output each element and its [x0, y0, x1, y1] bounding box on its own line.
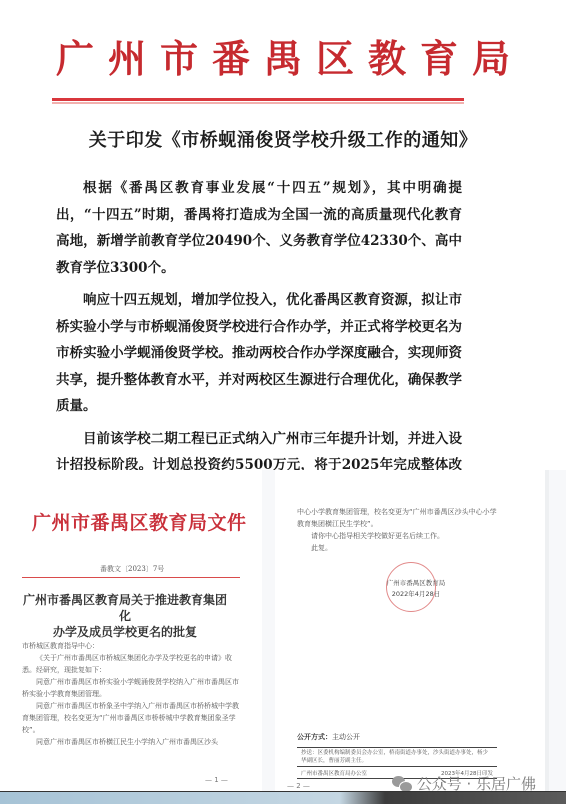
masthead-title: 广州市番禺区教育局 — [0, 28, 566, 83]
approval-title-line-1: 广州市番禺区教育局关于推进教育集团化 — [20, 592, 230, 624]
photo-bottom-edge — [0, 791, 566, 804]
page-number: — 1 — — [205, 776, 228, 784]
scanned-doc-page-2: 中心小学教育集团管理，校名变更为“广州市番禺区沙头中心小学教育集团横江民生学校”… — [275, 470, 549, 792]
approval-paragraph: 同意广州市番禺区市桥横江民生小学纳入广州市番禺区沙头 — [22, 736, 244, 748]
signing-date: 2022年4月28日 — [371, 589, 461, 600]
disclosure-label: 公开方式： — [297, 733, 332, 741]
issuer: 广州市番禺区教育局办公室 — [301, 769, 367, 777]
masthead-divider — [52, 98, 464, 101]
approval-body: 市桥城区教育指导中心： 《关于广州市番禺区市桥城区集团化办学及学校更名的申请》收… — [22, 640, 244, 748]
disclosure-method: 公开方式：主动公开 — [297, 732, 360, 742]
masthead-divider-secondary — [52, 102, 464, 104]
approval-title: 广州市番禺区教育局关于推进教育集团化 办学及成员学校更名的批复 — [20, 592, 230, 640]
approval-paragraph: 请你中心指导相关学校做好更名后续工作。 — [297, 530, 497, 542]
approval-paragraph: 同意广州市番禺区市桥实验小学蚬涌俊贤学校纳入广州市番禺区市桥实验小学教育集团管理… — [22, 676, 244, 700]
approval-paragraph: 此复。 — [297, 542, 497, 554]
page-number: — 2 — — [287, 782, 310, 790]
file-header: 广州市番禺区教育局文件 — [32, 508, 247, 535]
scanned-doc-page-1: 广州市番禺区教育局文件 番教文〔2023〕7号 广州市番禺区教育局关于推进教育集… — [0, 470, 262, 792]
notice-title: 关于印发《市桥蚬涌俊贤学校升级工作的通知》 — [0, 126, 566, 152]
approval-paragraph: 《关于广州市番禺区市桥城区集团化办学及学校更名的申请》收悉。经研究，现批复如下： — [22, 652, 244, 676]
approval-paragraph: 同意广州市番禺区市桥象圣中学纳入广州市番禺区市桥桥城中学教育集团管理，校名变更为… — [22, 700, 244, 736]
notice-paragraph: 响应十四五规划，增加学位投入，优化番禺区教育资源，拟让市桥实验小学与市桥蚬涌俊贤… — [56, 287, 462, 420]
notice-paragraph: 根据《番禺区教育事业发展“十四五”规划》，其中明确提出，“十四五”时期，番禺将打… — [56, 175, 462, 281]
approval-title-line-2: 办学及成员学校更名的批复 — [20, 624, 230, 640]
file-header-divider — [22, 577, 240, 578]
signing-org: 广州市番禺区教育局 — [371, 578, 461, 589]
cc-list: 抄送：区委机构编制委员会办公室，桥南街道办事处，沙头街道办事处，杨少华副区长，曹… — [297, 747, 497, 767]
approval-continuation: 中心小学教育集团管理，校名变更为“广州市番禺区沙头中心小学教育集团横江民生学校”… — [297, 506, 497, 554]
wechat-icon — [392, 776, 412, 792]
scanned-documents-photo: 广州市番禺区教育局文件 番教文〔2023〕7号 广州市番禺区教育局关于推进教育集… — [0, 470, 566, 804]
doc-number: 番教文〔2023〕7号 — [100, 564, 164, 574]
approval-paragraph: 中心小学教育集团管理，校名变更为“广州市番禺区沙头中心小学教育集团横江民生学校”… — [297, 506, 497, 530]
signature-block: 广州市番禺区教育局 2022年4月28日 — [371, 578, 461, 600]
addressee: 市桥城区教育指导中心： — [22, 640, 244, 652]
disclosure-value: 主动公开 — [332, 733, 360, 741]
